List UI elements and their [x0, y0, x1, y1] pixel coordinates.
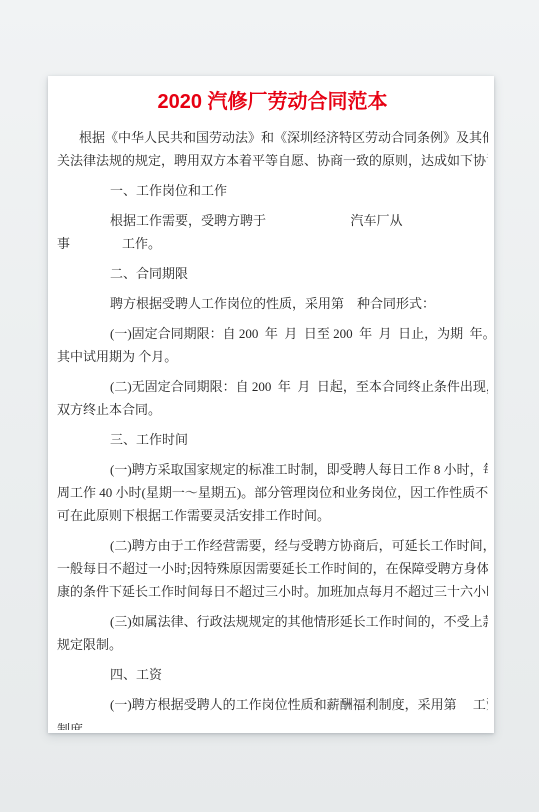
document-content: 2020 汽修厂劳动合同范本 根据《中华人民共和国劳动法》和《深圳经济特区劳动合… [48, 76, 494, 730]
doc-line: (一)聘方采取国家规定的标准工时制，即受聘人每日工作 8 小时，每 [57, 458, 488, 481]
doc-line: 其中试用期为 个月。 [57, 345, 488, 368]
doc-line: 一般每日不超过一小时;因特殊原因需要延长工作时间的，在保障受聘方身体健 [57, 557, 488, 580]
section-1-paragraph-1: 根据工作需要，受聘方聘于 汽车厂从 事 工作。 [57, 209, 488, 255]
doc-line: (一)固定合同期限：自 200 年 月 日至 200 年 月 日止，为期 年。 [57, 322, 488, 345]
doc-line: 可在此原则下根据工作需要灵活安排工作时间。 [57, 504, 488, 527]
doc-line: 康的条件下延长工作时间每日不超过三小时。加班加点每月不超过三十六小时。 [57, 580, 488, 603]
clipped-doc-line: 制度。 [57, 723, 488, 730]
doc-line: (二)聘方由于工作经营需要，经与受聘方协商后，可延长工作时间， [57, 534, 488, 557]
doc-line: 聘方根据受聘人工作岗位的性质，采用第 种合同形式： [57, 292, 488, 315]
section-2-paragraph-2: (一)固定合同期限：自 200 年 月 日至 200 年 月 日止，为期 年。 … [57, 322, 488, 368]
section-heading: 一、工作岗位和工作 [57, 179, 488, 202]
section-2-heading: 二、合同期限 [57, 262, 488, 285]
section-2-paragraph-1: 聘方根据受聘人工作岗位的性质，采用第 种合同形式： [57, 292, 488, 315]
section-3-paragraph-2: (二)聘方由于工作经营需要，经与受聘方协商后，可延长工作时间， 一般每日不超过一… [57, 534, 488, 603]
section-3-heading: 三、工作时间 [57, 428, 488, 451]
section-1-heading: 一、工作岗位和工作 [57, 179, 488, 202]
doc-line: 根据工作需要，受聘方聘于 汽车厂从 [57, 209, 488, 232]
section-heading: 四、工资 [57, 663, 488, 686]
clipped-line-container: 制度。 [57, 723, 488, 730]
section-3-paragraph-3: (三)如属法律、行政法规规定的其他情形延长工作时间的，不受上款 规定限制。 [57, 610, 488, 656]
section-heading: 二、合同期限 [57, 262, 488, 285]
doc-line: 规定限制。 [57, 633, 488, 656]
doc-line: (三)如属法律、行政法规规定的其他情形延长工作时间的，不受上款 [57, 610, 488, 633]
section-2-paragraph-3: (二)无固定合同期限：自 200 年 月 日起，至本合同终止条件出现， 双方终止… [57, 375, 488, 421]
doc-line: (二)无固定合同期限：自 200 年 月 日起，至本合同终止条件出现， [57, 375, 488, 398]
doc-line: 事 工作。 [57, 232, 488, 255]
section-heading: 三、工作时间 [57, 428, 488, 451]
doc-line: 根据《中华人民共和国劳动法》和《深圳经济特区劳动合同条例》及其他有 [57, 126, 488, 149]
intro-paragraph: 根据《中华人民共和国劳动法》和《深圳经济特区劳动合同条例》及其他有 关法律法规的… [57, 126, 488, 172]
document-title: 2020 汽修厂劳动合同范本 [57, 88, 488, 116]
doc-line: 周工作 40 小时(星期一～星期五)。部分管理岗位和业务岗位，因工作性质不同， [57, 481, 488, 504]
doc-line: 双方终止本合同。 [57, 398, 488, 421]
section-3-paragraph-1: (一)聘方采取国家规定的标准工时制，即受聘人每日工作 8 小时，每 周工作 40… [57, 458, 488, 527]
section-4-heading: 四、工资 [57, 663, 488, 686]
doc-line: 关法律法规的规定，聘用双方本着平等自愿、协商一致的原则，达成如下协议： [57, 149, 488, 172]
section-4-paragraph-1: (一)聘方根据受聘人的工作岗位性质和薪酬福利制度，采用第 工资 [57, 693, 488, 716]
document-page: 2020 汽修厂劳动合同范本 根据《中华人民共和国劳动法》和《深圳经济特区劳动合… [48, 76, 494, 733]
doc-line: (一)聘方根据受聘人的工作岗位性质和薪酬福利制度，采用第 工资 [57, 693, 488, 716]
